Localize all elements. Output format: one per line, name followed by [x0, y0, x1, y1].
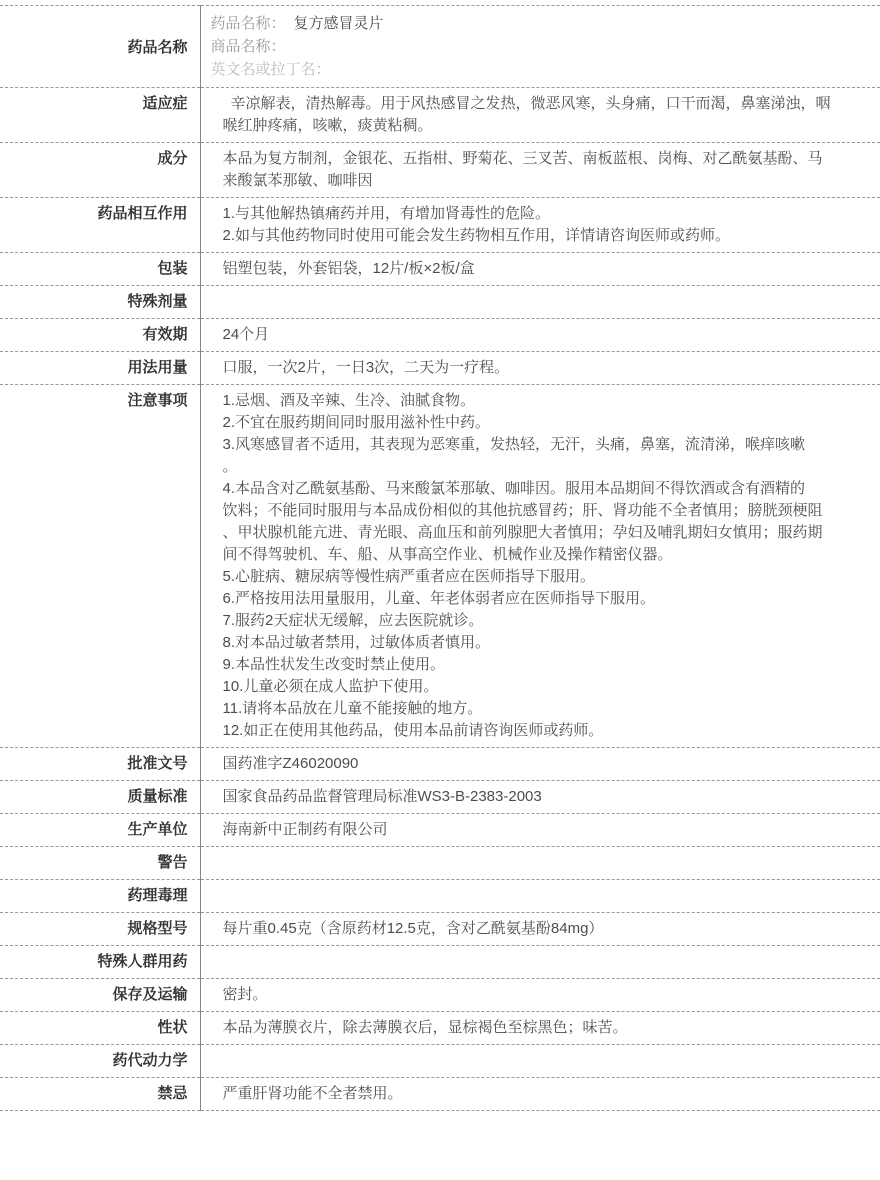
value-text — [223, 885, 871, 907]
table-row-pharmacology-toxicology: 药理毒理 — [0, 880, 880, 913]
field-label: 药品名称： — [211, 15, 286, 32]
value-text: 24个月 — [223, 324, 871, 346]
drug-info-rows: 药品名称药品名称：复方感冒灵片商品名称：英文名或拉丁名：适应症辛凉解表，清热解毒… — [0, 6, 880, 1111]
table-row-specification: 规格型号每片重0.45克（含原药材12.5克，含对乙酰氨基酚84mg） — [0, 913, 880, 946]
row-value-quality-standard: 国家食品药品监督管理局标准WS3-B-2383-2003 — [200, 781, 880, 814]
field-label: 英文名或拉丁名： — [211, 61, 331, 78]
value-line: 3.风寒感冒者不适用，其表现为恶寒重，发热轻，无汗，头痛，鼻塞，流清涕，喉痒咳嗽 — [223, 434, 871, 456]
value-line: 2.如与其他药物同时使用可能会发生药物相互作用，详情请咨询医师或药师。 — [223, 225, 871, 247]
drug-info-table: 药品名称药品名称：复方感冒灵片商品名称：英文名或拉丁名：适应症辛凉解表，清热解毒… — [0, 5, 880, 1111]
table-row-contraindications: 禁忌严重肝肾功能不全者禁用。 — [0, 1078, 880, 1111]
table-row-quality-standard: 质量标准国家食品药品监督管理局标准WS3-B-2383-2003 — [0, 781, 880, 814]
table-row-usage-dosage: 用法用量口服，一次2片，一日3次，二天为一疗程。 — [0, 352, 880, 385]
row-value-properties: 本品为薄膜衣片，除去薄膜衣后，显棕褐色至棕黑色；味苦。 — [200, 1012, 880, 1045]
value-line: 辛凉解表，清热解毒。用于风热感冒之发热，微恶风寒，头身痛，口干而渴，鼻塞涕浊，咽 — [223, 93, 871, 115]
row-label-ingredients: 成分 — [0, 143, 200, 198]
value-text: 国家食品药品监督管理局标准WS3-B-2383-2003 — [223, 786, 871, 808]
drug-info-page: 药品名称药品名称：复方感冒灵片商品名称：英文名或拉丁名：适应症辛凉解表，清热解毒… — [0, 0, 880, 1111]
row-value-precautions: 1.忌烟、酒及辛辣、生冷、油腻食物。2.不宜在服药期间同时服用滋补性中药。3.风… — [200, 385, 880, 748]
row-label-approval-number: 批准文号 — [0, 748, 200, 781]
row-value-usage-dosage: 口服，一次2片，一日3次，二天为一疗程。 — [200, 352, 880, 385]
row-value-ingredients: 本品为复方制剂，金银花、五指柑、野菊花、三叉苦、南板蓝根、岗梅、对乙酰氨基酚、马… — [200, 143, 880, 198]
value-line: 喉红肿疼痛，咳嗽，痰黄粘稠。 — [223, 115, 871, 137]
row-value-indications: 辛凉解表，清热解毒。用于风热感冒之发热，微恶风寒，头身痛，口干而渴，鼻塞涕浊，咽… — [200, 88, 880, 143]
value-line: 1.忌烟、酒及辛辣、生冷、油腻食物。 — [223, 390, 871, 412]
value-text — [223, 1050, 871, 1072]
row-value-contraindications: 严重肝肾功能不全者禁用。 — [200, 1078, 880, 1111]
row-value-storage-transport: 密封。 — [200, 979, 880, 1012]
value-text: 口服，一次2片，一日3次，二天为一疗程。 — [223, 357, 871, 379]
row-value-warning — [200, 847, 880, 880]
table-row-properties: 性状本品为薄膜衣片，除去薄膜衣后，显棕褐色至棕黑色；味苦。 — [0, 1012, 880, 1045]
row-value-specification: 每片重0.45克（含原药材12.5克，含对乙酰氨基酚84mg） — [200, 913, 880, 946]
table-row-validity-period: 有效期24个月 — [0, 319, 880, 352]
row-value-packaging: 铝塑包装，外套铝袋，12片/板×2板/盒 — [200, 253, 880, 286]
row-label-precautions: 注意事项 — [0, 385, 200, 748]
table-row-drug-name: 药品名称药品名称：复方感冒灵片商品名称：英文名或拉丁名： — [0, 6, 880, 88]
row-label-quality-standard: 质量标准 — [0, 781, 200, 814]
value-line: 。 — [223, 456, 871, 478]
table-row-manufacturer: 生产单位海南新中正制药有限公司 — [0, 814, 880, 847]
value-text — [223, 852, 871, 874]
row-label-contraindications: 禁忌 — [0, 1078, 200, 1111]
table-row-special-population: 特殊人群用药 — [0, 946, 880, 979]
row-label-specification: 规格型号 — [0, 913, 200, 946]
row-label-indications: 适应症 — [0, 88, 200, 143]
row-label-drug-name: 药品名称 — [0, 6, 200, 88]
value-text: 严重肝肾功能不全者禁用。 — [223, 1083, 871, 1105]
row-value-approval-number: 国药准字Z46020090 — [200, 748, 880, 781]
value-line: 间不得驾驶机、车、船、从事高空作业、机械作业及操作精密仪器。 — [223, 544, 871, 566]
row-label-drug-interactions: 药品相互作用 — [0, 198, 200, 253]
field-label: 商品名称： — [211, 38, 286, 55]
value-line: 饮料；不能同时服用与本品成份相似的其他抗感冒药；肝、肾功能不全者慎用；膀胱颈梗阻 — [223, 500, 871, 522]
row-label-usage-dosage: 用法用量 — [0, 352, 200, 385]
name-block-line: 药品名称：复方感冒灵片 — [211, 12, 871, 35]
row-value-manufacturer: 海南新中正制药有限公司 — [200, 814, 880, 847]
table-row-ingredients: 成分本品为复方制剂，金银花、五指柑、野菊花、三叉苦、南板蓝根、岗梅、对乙酰氨基酚… — [0, 143, 880, 198]
row-value-special-dosage — [200, 286, 880, 319]
value-line: 5.心脏病、糖尿病等慢性病严重者应在医师指导下服用。 — [223, 566, 871, 588]
table-row-precautions: 注意事项1.忌烟、酒及辛辣、生冷、油腻食物。2.不宜在服药期间同时服用滋补性中药… — [0, 385, 880, 748]
row-label-special-population: 特殊人群用药 — [0, 946, 200, 979]
row-value-pharmacology-toxicology — [200, 880, 880, 913]
value-text — [223, 291, 871, 313]
table-row-warning: 警告 — [0, 847, 880, 880]
value-line: 9.本品性状发生改变时禁止使用。 — [223, 654, 871, 676]
row-label-storage-transport: 保存及运输 — [0, 979, 200, 1012]
row-value-drug-interactions: 1.与其他解热镇痛药并用，有增加肾毒性的危险。2.如与其他药物同时使用可能会发生… — [200, 198, 880, 253]
value-line: 1.与其他解热镇痛药并用，有增加肾毒性的危险。 — [223, 203, 871, 225]
table-row-drug-interactions: 药品相互作用1.与其他解热镇痛药并用，有增加肾毒性的危险。2.如与其他药物同时使… — [0, 198, 880, 253]
value-line: 12.如正在使用其他药品，使用本品前请咨询医师或药师。 — [223, 720, 871, 742]
value-line: 7.服药2天症状无缓解，应去医院就诊。 — [223, 610, 871, 632]
row-label-pharmacology-toxicology: 药理毒理 — [0, 880, 200, 913]
value-line: 2.不宜在服药期间同时服用滋补性中药。 — [223, 412, 871, 434]
table-row-approval-number: 批准文号国药准字Z46020090 — [0, 748, 880, 781]
row-value-pharmacokinetics — [200, 1045, 880, 1078]
value-line: 6.严格按用法用量服用，儿童、年老体弱者应在医师指导下服用。 — [223, 588, 871, 610]
table-row-packaging: 包装铝塑包装，外套铝袋，12片/板×2板/盒 — [0, 253, 880, 286]
row-value-drug-name: 药品名称：复方感冒灵片商品名称：英文名或拉丁名： — [200, 6, 880, 88]
table-row-storage-transport: 保存及运输密封。 — [0, 979, 880, 1012]
row-label-manufacturer: 生产单位 — [0, 814, 200, 847]
row-label-packaging: 包装 — [0, 253, 200, 286]
value-line: 8.对本品过敏者禁用，过敏体质者慎用。 — [223, 632, 871, 654]
value-text: 国药准字Z46020090 — [223, 753, 871, 775]
row-label-special-dosage: 特殊剂量 — [0, 286, 200, 319]
row-value-validity-period: 24个月 — [200, 319, 880, 352]
value-text: 每片重0.45克（含原药材12.5克，含对乙酰氨基酚84mg） — [223, 918, 871, 940]
value-text: 铝塑包装，外套铝袋，12片/板×2板/盒 — [223, 258, 871, 280]
value-text — [223, 951, 871, 973]
row-label-pharmacokinetics: 药代动力学 — [0, 1045, 200, 1078]
value-line: 来酸氯苯那敏、咖啡因 — [223, 170, 871, 192]
name-block-line: 商品名称： — [211, 35, 871, 58]
value-text: 密封。 — [223, 984, 871, 1006]
value-line: 本品为复方制剂，金银花、五指柑、野菊花、三叉苦、南板蓝根、岗梅、对乙酰氨基酚、马 — [223, 148, 871, 170]
table-row-indications: 适应症辛凉解表，清热解毒。用于风热感冒之发热，微恶风寒，头身痛，口干而渴，鼻塞涕… — [0, 88, 880, 143]
row-value-special-population — [200, 946, 880, 979]
row-label-validity-period: 有效期 — [0, 319, 200, 352]
row-label-warning: 警告 — [0, 847, 200, 880]
table-row-pharmacokinetics: 药代动力学 — [0, 1045, 880, 1078]
value-text: 本品为薄膜衣片，除去薄膜衣后，显棕褐色至棕黑色；味苦。 — [223, 1017, 871, 1039]
name-block-line: 英文名或拉丁名： — [211, 58, 871, 81]
table-row-special-dosage: 特殊剂量 — [0, 286, 880, 319]
value-line: 4.本品含对乙酰氨基酚、马来酸氯苯那敏、咖啡因。服用本品期间不得饮酒或含有酒精的 — [223, 478, 871, 500]
row-label-properties: 性状 — [0, 1012, 200, 1045]
value-line: 11.请将本品放在儿童不能接触的地方。 — [223, 698, 871, 720]
value-line: 10.儿童必须在成人监护下使用。 — [223, 676, 871, 698]
value-text: 海南新中正制药有限公司 — [223, 819, 871, 841]
field-value: 复方感冒灵片 — [294, 15, 384, 32]
value-line: 、甲状腺机能亢进、青光眼、高血压和前列腺肥大者慎用；孕妇及哺乳期妇女慎用；服药期 — [223, 522, 871, 544]
